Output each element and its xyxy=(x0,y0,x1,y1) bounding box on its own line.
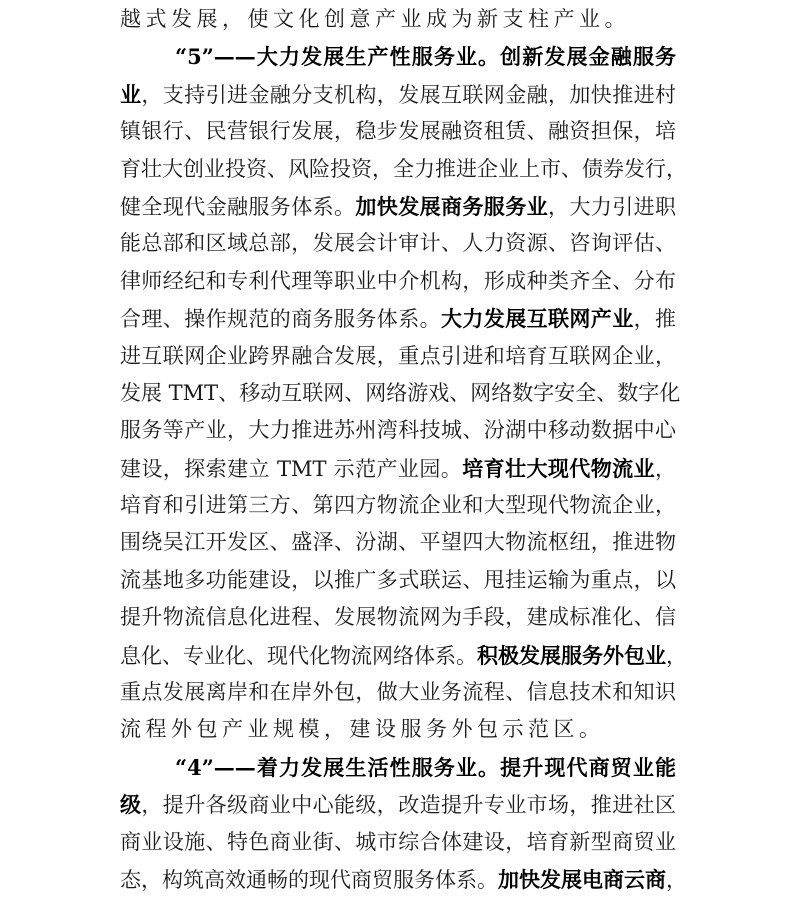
text-run: 围绕吴江开发区、盛泽、汾湖、平望四大物流枢纽，推进物 xyxy=(120,530,676,554)
text-run: 健全现代金融服务体系。 xyxy=(120,195,355,219)
text-run: 建设，探索建立 TMT 示范产业园。 xyxy=(120,457,462,481)
text-line: 律师经纪和专利代理等职业中介机构，形成种类齐全、分布 xyxy=(120,263,676,300)
text-run: ，推 xyxy=(634,307,676,331)
text-run: 商业设施、特色商业街、城市综合体建设，培育新型商贸业 xyxy=(120,830,676,854)
text-line: 育壮大创业投资、风险投资，全力推进企业上市、债券发行， xyxy=(120,151,676,188)
text-run: 能总部和区域总部，发展会计审计、人力资源、咨询评估、 xyxy=(120,231,676,255)
text-line: 能总部和区域总部，发展会计审计、人力资源、咨询评估、 xyxy=(120,225,676,262)
text-run: 服务等产业，大力推进苏州湾科技城、汾湖中移动数据中心 xyxy=(120,418,676,442)
text-run: 进互联网企业跨界融合发展，重点引进和培育互联网企业， xyxy=(120,344,676,368)
section-heading-line: “5”——大力发展生产性服务业。创新发展金融服务 xyxy=(120,38,676,75)
text-run: ， xyxy=(666,868,687,892)
text-line: 镇银行、民营银行发展，稳步发展融资租赁、融资担保，培 xyxy=(120,113,676,150)
text-line: 越式发展，使文化创意产业成为新支柱产业。 xyxy=(120,1,676,38)
text-run: 息化、专业化、现代化物流网络体系。 xyxy=(120,644,477,668)
text-line: 商业设施、特色商业街、城市综合体建设，培育新型商贸业 xyxy=(120,824,676,861)
text-line: 流基地多功能建设，以推广多式联运、甩挂运输为重点，以 xyxy=(120,562,676,599)
text-run: 流程外包产业规模，建设服务外包示范区。 xyxy=(120,717,605,741)
bold-run: 业 xyxy=(120,82,141,107)
text-line: 提升物流信息化进程、发展物流网为手段，建成标准化、信 xyxy=(120,599,676,636)
text-line: 流程外包产业规模，建设服务外包示范区。 xyxy=(120,711,676,748)
section-heading-line: “4”——着力发展生活性服务业。提升现代商贸业能 xyxy=(120,749,676,786)
bold-run: 级 xyxy=(120,792,141,817)
bold-run: 积极发展服务外包业 xyxy=(477,643,666,668)
text-run: 发展 TMT、移动互联网、网络游戏、网络数字安全、数字化 xyxy=(120,381,680,405)
bold-run: 加快发展电商云商 xyxy=(498,867,666,892)
text-run: ， xyxy=(666,644,687,668)
text-run: 合理、操作规范的商务服务体系。 xyxy=(120,307,441,331)
text-run: ， xyxy=(655,457,676,481)
text-line: 进互联网企业跨界融合发展，重点引进和培育互联网企业， xyxy=(120,338,676,375)
text-line: 建设，探索建立 TMT 示范产业园。培育壮大现代物流业， xyxy=(120,450,676,487)
text-run: 镇银行、民营银行发展，稳步发展融资租赁、融资担保，培 xyxy=(120,119,676,143)
text-line: 态，构筑高效通畅的现代商贸服务体系。加快发展电商云商， xyxy=(120,861,676,897)
text-line: 重点发展离岸和在岸外包，做大业务流程、信息技术和知识 xyxy=(120,674,676,711)
text-run: 提升物流信息化进程、发展物流网为手段，建成标准化、信 xyxy=(120,605,676,629)
text-run: ，支持引进金融分支机构，发展互联网金融，加快推进村 xyxy=(141,83,676,107)
text-run: 重点发展离岸和在岸外包，做大业务流程、信息技术和知识 xyxy=(120,680,676,704)
document-page: 越式发展，使文化创意产业成为新支柱产业。 “5”——大力发展生产性服务业。创新发… xyxy=(120,1,676,897)
text-run: 育壮大创业投资、风险投资，全力推进企业上市、债券发行， xyxy=(120,157,687,181)
text-line: 培育和引进第三方、第四方物流企业和大型现代物流企业， xyxy=(120,487,676,524)
text-line: 合理、操作规范的商务服务体系。大力发展互联网产业，推 xyxy=(120,300,676,337)
bold-run: 大力发展互联网产业 xyxy=(441,306,634,331)
text-run: 越式发展，使文化创意产业成为新支柱产业。 xyxy=(120,7,630,31)
text-line: 业，支持引进金融分支机构，发展互联网金融，加快推进村 xyxy=(120,76,676,113)
text-run: 律师经纪和专利代理等职业中介机构，形成种类齐全、分布 xyxy=(120,269,676,293)
text-run: ，提升各级商业中心能级，改造提升专业市场，推进社区 xyxy=(141,793,676,817)
text-run: ，大力引进职 xyxy=(548,195,676,219)
text-line: 发展 TMT、移动互联网、网络游戏、网络数字安全、数字化 xyxy=(120,375,676,412)
text-line: 息化、专业化、现代化物流网络体系。积极发展服务外包业， xyxy=(120,637,676,674)
text-line: 健全现代金融服务体系。加快发展商务服务业，大力引进职 xyxy=(120,188,676,225)
bold-run: 培育壮大现代物流业 xyxy=(462,456,655,481)
text-run: 培育和引进第三方、第四方物流企业和大型现代物流企业， xyxy=(120,493,676,517)
text-line: 级，提升各级商业中心能级，改造提升专业市场，推进社区 xyxy=(120,786,676,823)
bold-run: 加快发展商务服务业 xyxy=(355,194,548,219)
text-line: 围绕吴江开发区、盛泽、汾湖、平望四大物流枢纽，推进物 xyxy=(120,524,676,561)
text-line: 服务等产业，大力推进苏州湾科技城、汾湖中移动数据中心 xyxy=(120,412,676,449)
section-heading-4: “4”——着力发展生活性服务业。提升现代商贸业能 xyxy=(175,755,676,780)
text-run: 流基地多功能建设，以推广多式联运、甩挂运输为重点，以 xyxy=(120,568,676,592)
section-heading-5: “5”——大力发展生产性服务业。创新发展金融服务 xyxy=(175,44,676,69)
text-run: 态，构筑高效通畅的现代商贸服务体系。 xyxy=(120,868,498,892)
